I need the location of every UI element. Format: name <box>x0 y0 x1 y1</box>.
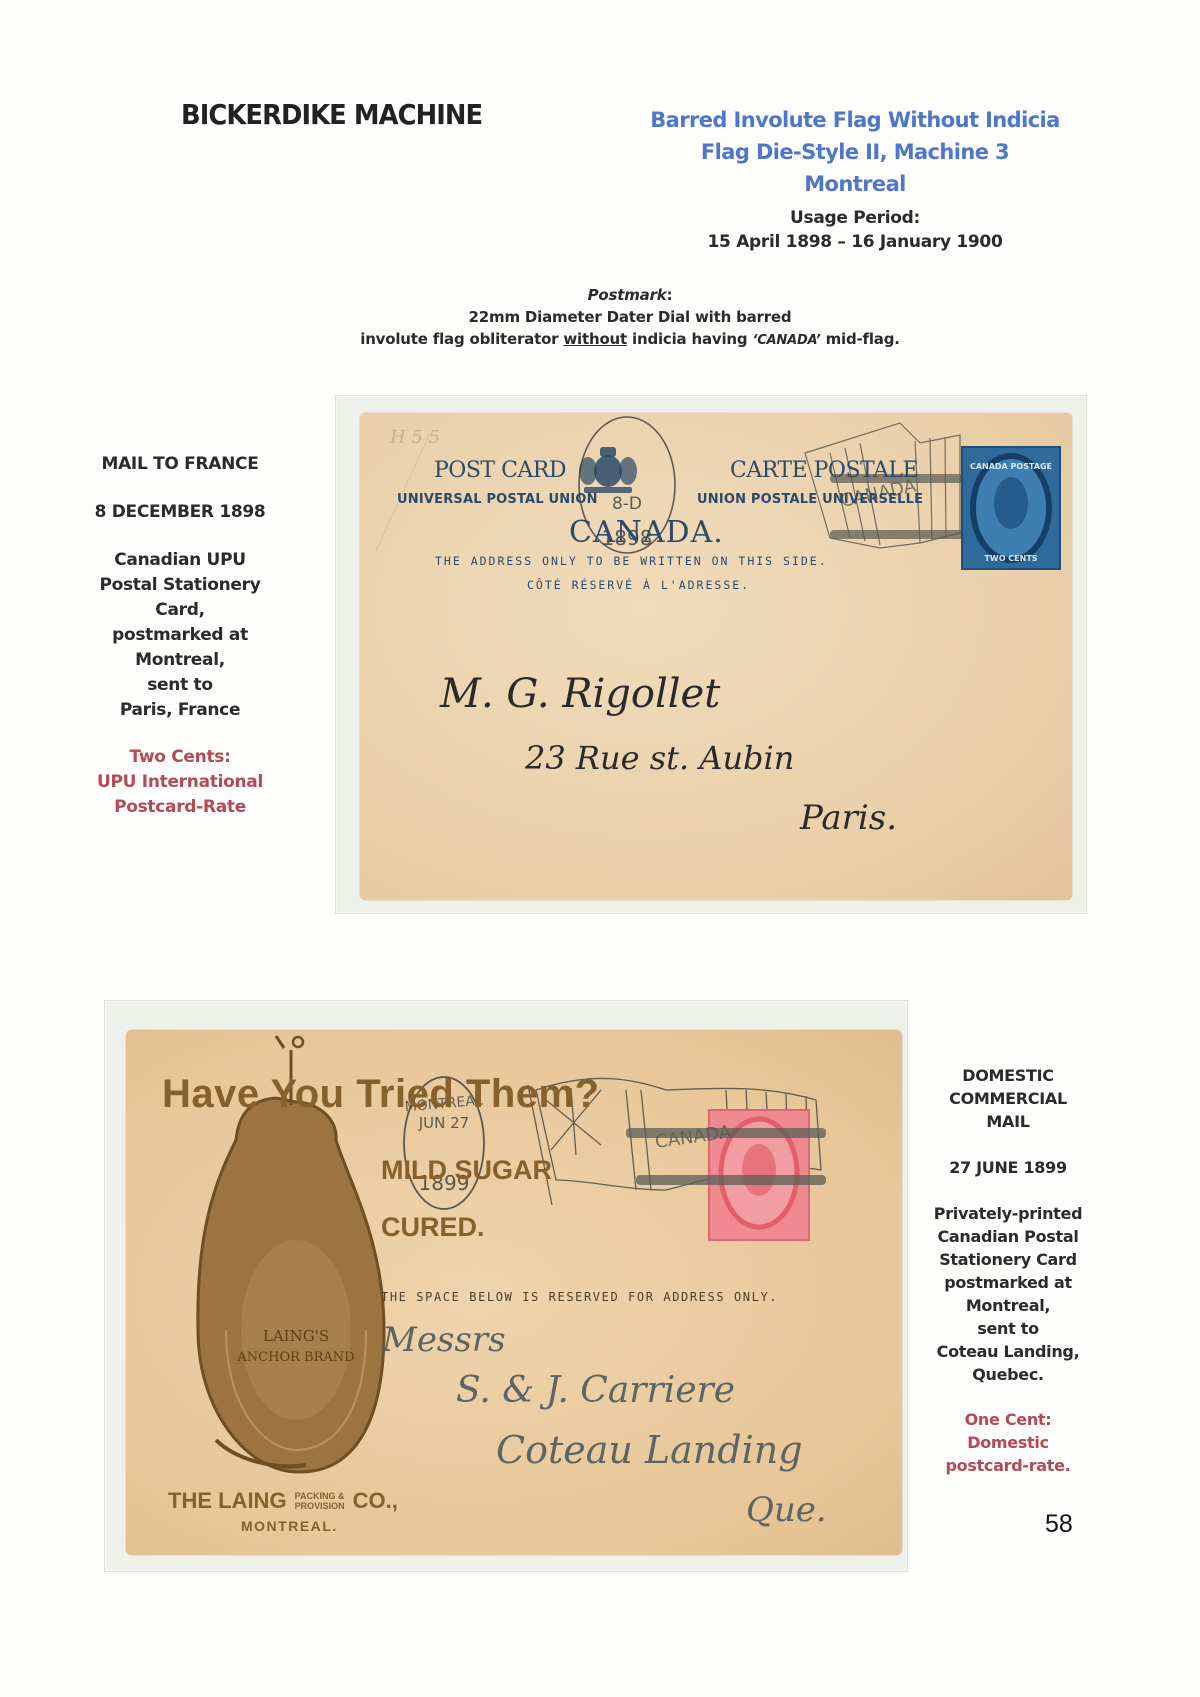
quoted-text: ‘CANADA’ <box>752 333 820 348</box>
heading-line: COMMERCIAL <box>918 1087 1098 1110</box>
address-line: 23 Rue st. Aubin <box>525 739 794 777</box>
bag-text: LAING'S <box>221 1325 371 1347</box>
page-number: 58 <box>1045 1510 1073 1539</box>
desc-line: postmarked at <box>80 623 280 648</box>
heading-line: MAIL <box>918 1110 1098 1133</box>
heading-line: DOMESTIC <box>918 1064 1098 1087</box>
desc-line: Card, <box>80 598 280 623</box>
instruction-french: CÔTÉ RÉSERVÉ À L'ADRESSE. <box>527 578 750 592</box>
upu-french: UNION POSTALE UNIVERSELLE <box>697 492 923 507</box>
desc-line: sent to <box>918 1317 1098 1340</box>
subtitle-line: Barred Involute Flag Without Indicia <box>640 104 1070 136</box>
postmark-colon: : <box>667 286 673 304</box>
item2-description: Privately-printed Canadian Postal Statio… <box>918 1202 1098 1386</box>
desc-line: sent to <box>80 673 280 698</box>
text: indicia having <box>627 330 752 348</box>
subtitle-line: Flag Die-Style II, Machine 3 <box>640 136 1070 168</box>
subtitle-line: Montreal <box>640 168 1070 200</box>
usage-period: Usage Period: 15 April 1898 – 16 January… <box>640 206 1070 254</box>
rate-line: Two Cents: <box>80 745 280 770</box>
usage-range: 15 April 1898 – 16 January 1900 <box>640 230 1070 254</box>
bag-label: LAING'S ANCHOR BRAND <box>221 1325 371 1369</box>
instruction-english: THE ADDRESS ONLY TO BE WRITTEN ON THIS S… <box>435 554 828 568</box>
address-line: Paris. <box>800 798 897 838</box>
rate-line: postcard-rate. <box>918 1454 1098 1477</box>
desc-line: Stationery Card <box>918 1248 1098 1271</box>
desc-line: postmarked at <box>918 1271 1098 1294</box>
item2-note: DOMESTIC COMMERCIAL MAIL 27 JUNE 1899 Pr… <box>918 1064 1098 1477</box>
desc-line: Canadian Postal <box>918 1225 1098 1248</box>
address-line: Que. <box>746 1490 827 1530</box>
postmark-label: Postmark <box>588 286 667 304</box>
desc-line: Postal Stationery <box>80 573 280 598</box>
item1-rate: Two Cents: UPU International Postcard-Ra… <box>80 745 280 820</box>
desc-line: Paris, France <box>80 698 280 723</box>
item1-description: Canadian UPU Postal Stationery Card, pos… <box>80 548 280 723</box>
svg-text:CANADA POSTAGE: CANADA POSTAGE <box>970 462 1052 471</box>
rate-line: One Cent: <box>918 1408 1098 1431</box>
desc-line: Montreal, <box>918 1294 1098 1317</box>
address-line: Coteau Landing <box>496 1428 803 1472</box>
item1-note: MAIL TO FRANCE 8 DECEMBER 1898 Canadian … <box>80 452 280 820</box>
desc-line: Privately-printed <box>918 1202 1098 1225</box>
address-line: Messrs <box>382 1320 506 1360</box>
postmark-line1: 22mm Diameter Dater Dial with barred <box>300 306 960 328</box>
address-line: M. G. Rigollet <box>440 671 720 717</box>
desc-line: Canadian UPU <box>80 548 280 573</box>
item1-postcard: H 5 5 8-D 1898 CANADA <box>360 413 1072 900</box>
item1-date: 8 DECEMBER 1898 <box>80 500 280 525</box>
product-line2: CURED. <box>381 1212 485 1243</box>
item2-heading: DOMESTIC COMMERCIAL MAIL <box>918 1064 1098 1133</box>
desc-line: Quebec. <box>918 1363 1098 1386</box>
text: mid-flag. <box>821 330 900 348</box>
product-line1: MILD SUGAR <box>381 1155 552 1186</box>
underlined-text: without <box>563 330 627 348</box>
upu-english: UNIVERSAL POSTAL UNION <box>397 492 598 507</box>
company-small-line: PROVISION <box>295 1501 345 1511</box>
item2-date: 27 JUNE 1899 <box>918 1156 1098 1179</box>
svg-text:H 5 5: H 5 5 <box>389 427 440 448</box>
page-title: BICKERDIKE MACHINE <box>181 98 482 131</box>
subtitle-block: Barred Involute Flag Without Indicia Fla… <box>640 104 1070 254</box>
text: involute flag obliterator <box>360 330 563 348</box>
desc-line: Coteau Landing, <box>918 1340 1098 1363</box>
bag-text: ANCHOR BRAND <box>221 1347 371 1369</box>
stamp-two-cents-icon: CANADA POSTAGE TWO CENTS <box>962 447 1060 569</box>
ad-headline: Have You Tried Them? <box>162 1072 600 1117</box>
company-text: CO., <box>353 1488 398 1514</box>
postmark-description: Postmark: 22mm Diameter Dater Dial with … <box>300 284 960 352</box>
company-text: THE LAING <box>168 1488 287 1514</box>
company-small: PACKING & PROVISION <box>295 1491 345 1511</box>
company-name: THE LAING PACKING & PROVISION CO., <box>168 1488 398 1514</box>
company-city: MONTREAL. <box>241 1518 338 1534</box>
rate-line: Postcard-Rate <box>80 795 280 820</box>
company-small-line: PACKING & <box>295 1491 345 1501</box>
desc-line: Montreal, <box>80 648 280 673</box>
postmark-line2: involute flag obliterator without indici… <box>300 328 960 352</box>
item2-postcard: MONTREAL JUN 27 1899 CANADA Have You T <box>126 1030 902 1555</box>
carte-postale-title: CARTE POSTALE <box>730 458 918 483</box>
usage-label: Usage Period: <box>640 206 1070 230</box>
coat-of-arms-icon <box>579 447 637 493</box>
address-instruction: THE SPACE BELOW IS RESERVED FOR ADDRESS … <box>381 1290 778 1304</box>
address-line: S. & J. Carriere <box>456 1370 735 1411</box>
svg-text:8-D: 8-D <box>612 494 642 514</box>
post-card-title: POST CARD <box>434 458 566 483</box>
svg-text:TWO CENTS: TWO CENTS <box>984 554 1037 563</box>
rate-line: UPU International <box>80 770 280 795</box>
item1-card-art: H 5 5 8-D 1898 CANADA <box>360 413 1072 900</box>
canada-wordmark: CANADA. <box>569 515 724 550</box>
item2-rate: One Cent: Domestic postcard-rate. <box>918 1408 1098 1477</box>
item1-heading: MAIL TO FRANCE <box>80 452 280 477</box>
rate-line: Domestic <box>918 1431 1098 1454</box>
